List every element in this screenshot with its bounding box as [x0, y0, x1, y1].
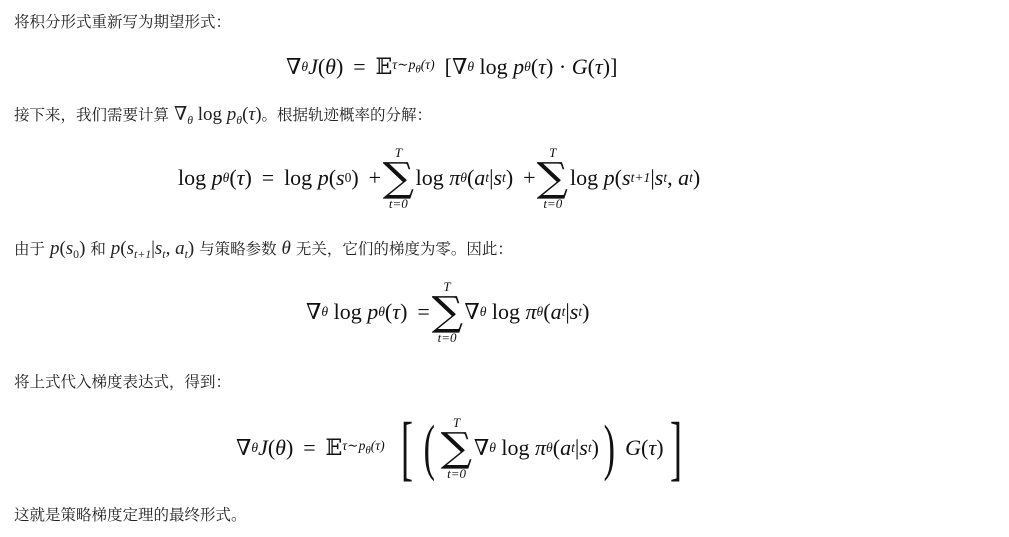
equation-expectation-form: ∇θ J(θ) = 𝔼τ∼pθ(τ) [∇θ logpθ(τ) · G(τ)] — [286, 54, 617, 80]
inline-math-grad-log-p: ∇θ log pθ(τ) — [174, 104, 262, 125]
paragraph-conclusion: 这就是策略梯度定理的最终形式。 — [14, 504, 247, 526]
sum-operator: T∑t=0 — [538, 146, 567, 210]
equation-grad-log-trajectory: ∇θ logpθ(τ) = T∑t=0 ∇θ logπθ(at|st) — [306, 280, 589, 344]
paragraph-substitute: 将上式代入梯度表达式，得到： — [14, 371, 231, 393]
equation-trajectory-decomposition: logpθ(τ) = logp(s0) + T∑t=0 logπθ(at|st)… — [178, 146, 700, 210]
sum-operator: T∑t=0 — [384, 146, 413, 210]
sum-operator: T∑t=0 — [442, 416, 471, 480]
paragraph-next-step: 接下来，我们需要计算 ∇θ log pθ(τ)。根据轨迹概率的分解： — [14, 104, 432, 126]
equation-policy-gradient-theorem: ∇θ J(θ) = 𝔼τ∼pθ(τ) [( T∑t=0 ∇θ logπθ(at|… — [236, 412, 688, 484]
paragraph-independence: 由于 p(s0) 和 p(st+1|st, at) 与策略参数 θ 无关，它们的… — [14, 238, 513, 260]
sum-operator: T∑t=0 — [433, 280, 462, 344]
paragraph-intro: 将积分形式重新写为期望形式： — [14, 11, 231, 33]
